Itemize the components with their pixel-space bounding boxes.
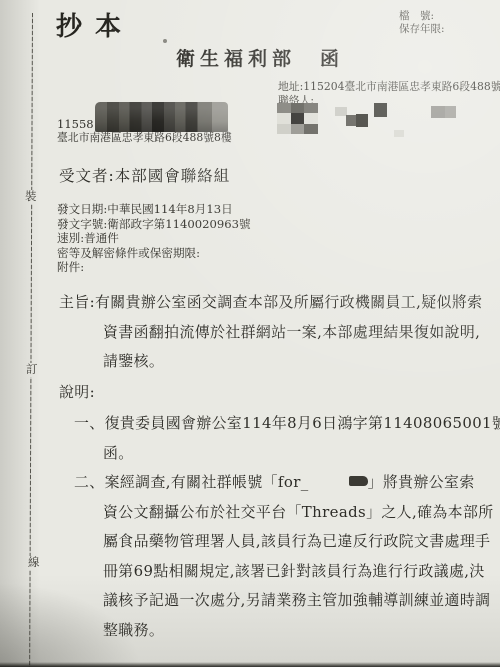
subject-line: 資書函翻拍流傳於社群網站一案,本部處理結果復如說明, xyxy=(103,318,482,348)
item-number: 二、 xyxy=(74,473,105,491)
meta-line-security: 密等及解密條件或保密期限: xyxy=(57,246,251,261)
redaction-block-recipient-name xyxy=(95,102,228,132)
redaction-blob xyxy=(349,476,368,486)
item-line: 資公文翻攝公布於社交平台「Threads」之人,確為本部所 xyxy=(103,498,494,528)
binding-mark-ding: 訂 xyxy=(26,363,38,377)
recipient-line: 受文者:本部國會聯絡組 xyxy=(59,164,230,186)
binding-mark-xian: 線 xyxy=(28,556,40,570)
binding-mark-zhuang: 裝 xyxy=(25,190,37,204)
item-line: 二、案經調查,有關社群帳號「for_」將貴辦公室索 xyxy=(74,468,494,498)
meta-line-attachment: 附件: xyxy=(57,260,251,275)
redaction-cell xyxy=(346,115,356,126)
explanation-item-1: 一、復貴委員國會辦公室114年8月6日鴻字第11408065001號書 函。 xyxy=(74,409,500,468)
meta-line-date: 發文日期:中華民國114年8月13日 xyxy=(57,202,251,217)
redaction-cell xyxy=(394,130,404,137)
explanation-item-2: 二、案經調查,有關社群帳號「for_」將貴辦公室索 資公文翻攝公布於社交平台「T… xyxy=(74,468,494,646)
photo-bottom-edge xyxy=(0,662,500,667)
document-photo: 裝 訂 線 抄本 檔 號: 保存年限: 衛生福利部 函 地址:115204臺北市… xyxy=(0,0,500,667)
item-line: 函。 xyxy=(103,439,500,469)
address-line: 地址:115204臺北市南港區忠孝東路6段488號 xyxy=(278,79,500,94)
item-line: 屬食品藥物管理署人員,該員行為已違反行政院文書處理手 xyxy=(103,527,494,557)
redaction-cell xyxy=(431,106,456,118)
subject-block: 主旨:有關貴辦公室函交調查本部及所屬行政機關員工,疑似將索 資書函翻拍流傳於社群… xyxy=(59,288,482,377)
item-line: 議核予記過一次處分,另請業務主管加強輔導訓練並適時調 xyxy=(103,586,494,616)
item-line: 一、復貴委員國會辦公室114年8月6日鴻字第11408065001號書 xyxy=(74,409,500,439)
meta-line-docnumber: 發文字號:衛部政字第1140020963號 xyxy=(57,217,251,232)
item-number: 一、 xyxy=(74,414,105,432)
item-line: 冊第69點相關規定,該署已針對該員行為進行行政議處,決 xyxy=(103,557,494,587)
redaction-cell xyxy=(374,103,387,117)
sender-address: 臺北市南港區忠孝東路6段488號8樓 xyxy=(57,130,232,145)
subject-line: 主旨:有關貴辦公室函交調查本部及所屬行政機關員工,疑似將索 xyxy=(59,288,482,318)
document-title: 衛生福利部 函 xyxy=(55,44,465,71)
redaction-block-contact xyxy=(277,103,318,134)
meta-line-speed: 速別:普通件 xyxy=(57,231,251,246)
item-line: 整職務。 xyxy=(103,616,494,646)
retention-label: 保存年限: xyxy=(399,23,445,36)
copy-stamp: 抄本 xyxy=(56,6,134,43)
redaction-cell xyxy=(356,114,368,127)
subject-line: 請鑒核。 xyxy=(103,347,482,377)
file-number-block: 檔 號: 保存年限: xyxy=(399,10,445,36)
explanation-heading: 說明: xyxy=(59,381,95,402)
file-number-label: 檔 號: xyxy=(399,10,445,23)
postal-code: 11558 xyxy=(57,117,94,131)
dispatch-meta-block: 發文日期:中華民國114年8月13日 發文字號:衛部政字第1140020963號… xyxy=(57,202,251,275)
paper-speck xyxy=(163,39,167,43)
